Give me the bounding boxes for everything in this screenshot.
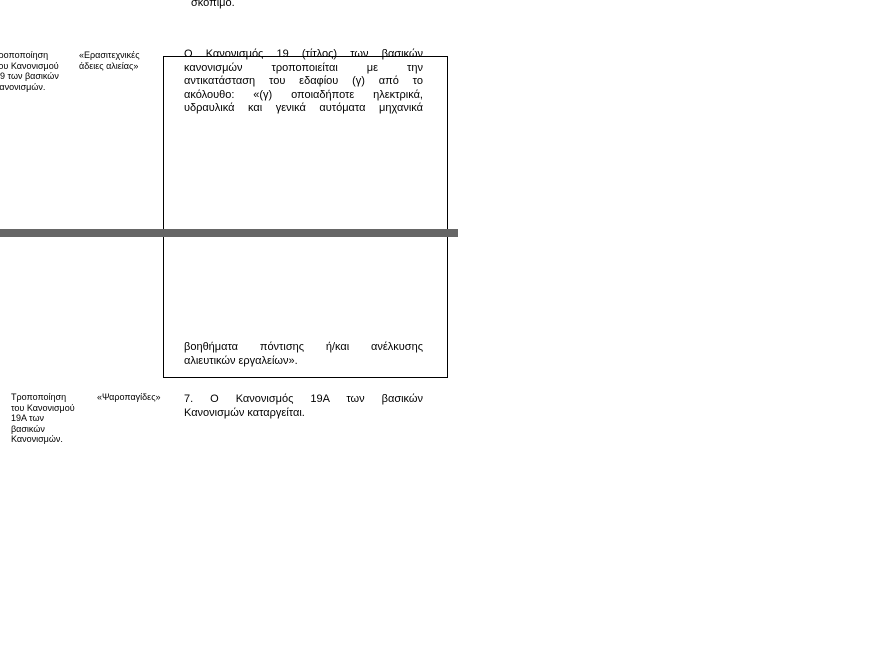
heading-line: «Ψαροπαγίδες» xyxy=(97,392,169,403)
paragraph-line: βοηθήματα πόντισης ή/και ανέλκυσης xyxy=(184,341,423,355)
paragraph-line: ακόλουθο: «(γ) οποιαδήποτε ηλεκτρικά, xyxy=(184,89,423,103)
marginal-note-line: 19 των βασικών xyxy=(0,71,80,82)
marginal-note-line: του Κανονισμού xyxy=(0,61,80,72)
marginal-note-regulation-19a: Τροποποίηση του Κανονισμού 19Α των βασικ… xyxy=(11,392,81,445)
heading-amateur-fishing-licences: «Ερασιτεχνικές άδειες αλιείας» xyxy=(79,50,151,71)
paragraph-line: Ο Κανονισμός 19 (τίτλος) των βασικών xyxy=(184,48,423,62)
heading-fish-traps: «Ψαροπαγίδες» xyxy=(97,392,169,403)
marginal-note-line: κανονισμών. xyxy=(0,82,80,93)
paragraph-line: κανονισμών τροποποιείται με την xyxy=(184,62,423,76)
paragraph-line: Κανονισμών καταργείται. xyxy=(184,407,423,421)
marginal-note-line: Τροποποίηση xyxy=(11,392,81,403)
marginal-note-line: τροποποίηση xyxy=(0,50,80,61)
paragraph-line: αλιευτικών εργαλείων». xyxy=(184,355,423,369)
page-break-bar xyxy=(0,229,458,237)
marginal-note-line: του Κανονισμού xyxy=(11,403,81,414)
amendment-paragraph-regulation-19: Ο Κανονισμός 19 (τίτλος) των βασικών καν… xyxy=(184,48,423,116)
repeal-paragraph-regulation-19a: 7. Ο Κανονισμός 19Α των βασικών Κανονισμ… xyxy=(184,393,423,420)
heading-line: άδειες αλιείας» xyxy=(79,61,151,72)
amendment-paragraph-continuation: βοηθήματα πόντισης ή/και ανέλκυσης αλιευ… xyxy=(184,341,423,368)
previous-paragraph-ending: σκοπιμο. xyxy=(191,0,235,9)
paragraph-line: υδραυλικά και γενικά αυτόματα μηχανικά xyxy=(184,102,423,116)
heading-line: «Ερασιτεχνικές xyxy=(79,50,151,61)
marginal-note-line: Κανονισμών. xyxy=(11,434,81,445)
paragraph-line: αντικατάσταση του εδαφίου (γ) από το xyxy=(184,75,423,89)
marginal-note-regulation-19: τροποποίηση του Κανονισμού 19 των βασικώ… xyxy=(0,50,80,92)
paragraph-line: 7. Ο Κανονισμός 19Α των βασικών xyxy=(184,393,423,407)
marginal-note-line: βασικών xyxy=(11,424,81,435)
marginal-note-line: 19Α των xyxy=(11,413,81,424)
